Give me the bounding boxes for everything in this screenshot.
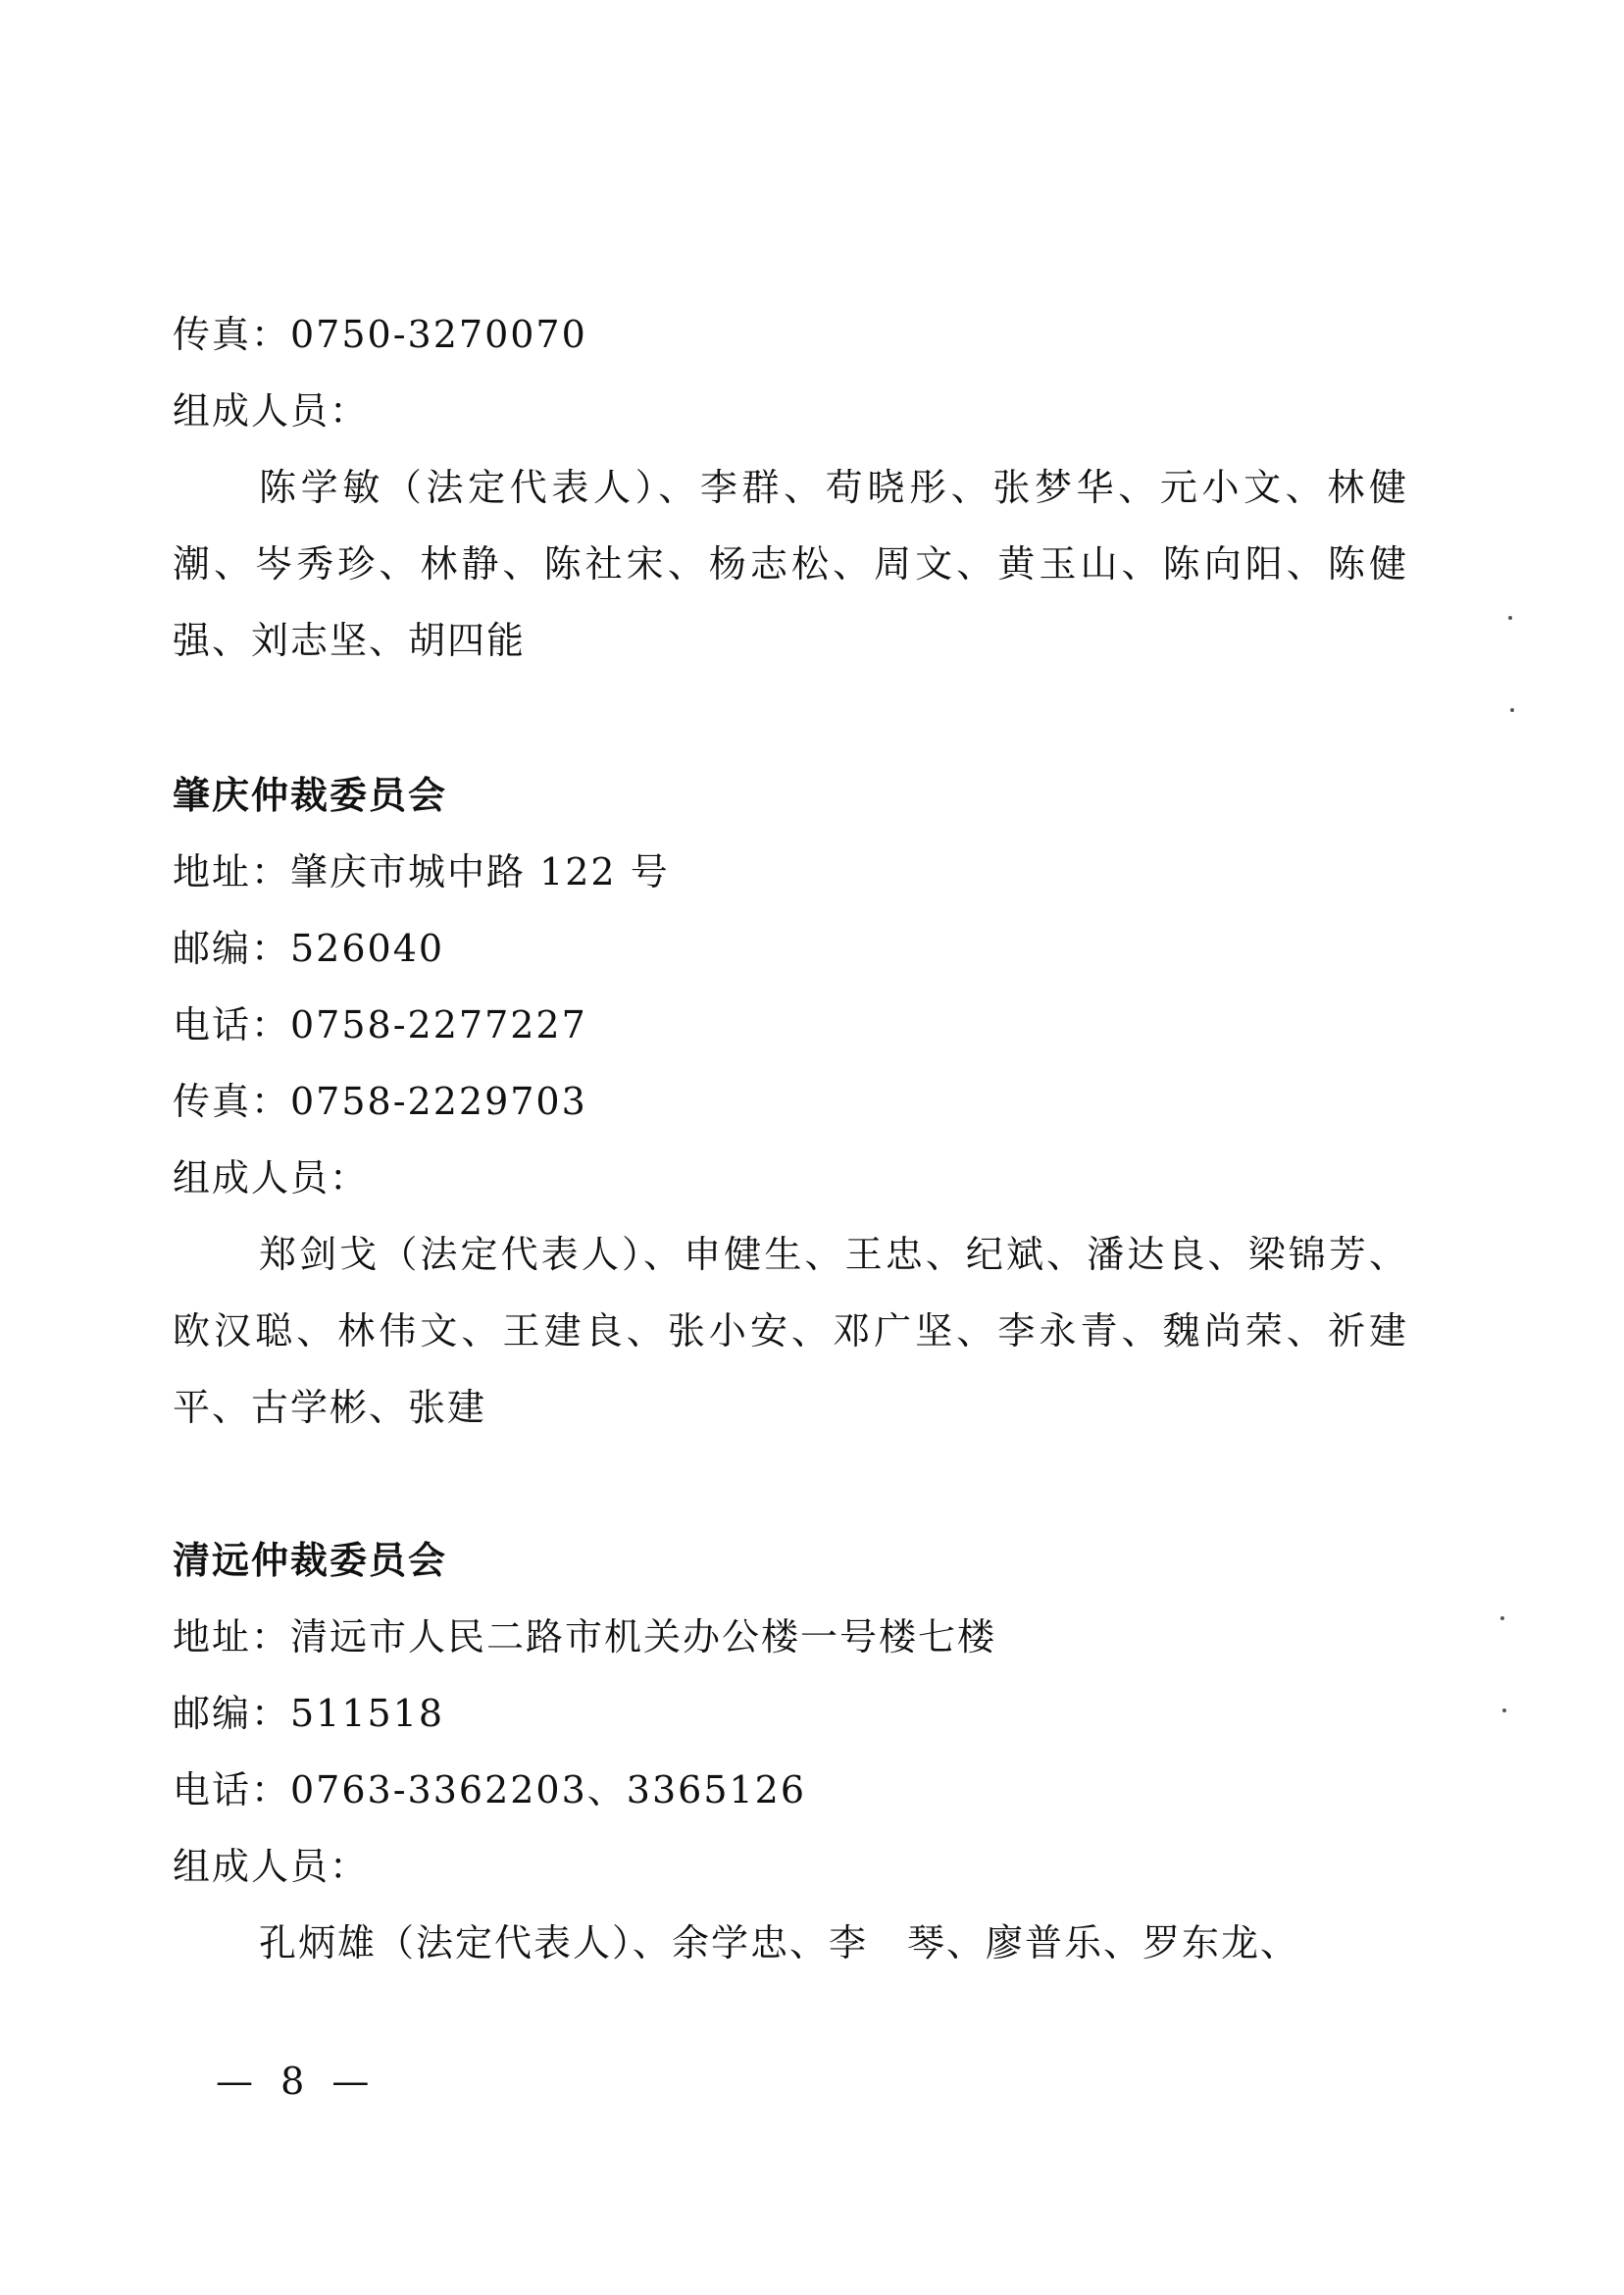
members-label: 组成人员： — [173, 388, 369, 433]
section-title: 清远仲裁委员会 — [173, 1538, 447, 1583]
postcode-line: 邮编：511518 — [173, 1691, 444, 1736]
page-number: — 8 — — [216, 2060, 377, 2103]
scan-speck — [1500, 1616, 1504, 1620]
scan-speck — [1510, 708, 1514, 712]
members-list: 孔炳雄（法定代表人）、余学忠、李 琴、廖普乐、罗东龙、 — [173, 1905, 1408, 1981]
address-line: 地址：肇庆市城中路 122 号 — [173, 849, 670, 894]
section-title: 肇庆仲裁委员会 — [173, 773, 447, 818]
members-label: 组成人员： — [173, 1155, 369, 1200]
address-line: 地址：清远市人民二路市机关办公楼一号楼七楼 — [173, 1614, 996, 1659]
members-list: 陈学敏（法定代表人）、李群、苟晓彤、张梦华、元小文、林健潮、岑秀珍、林静、陈社宋… — [173, 449, 1408, 679]
scan-speck — [1502, 1708, 1506, 1712]
fax-line: 传真：0750-3270070 — [173, 312, 587, 357]
fax-line: 传真：0758-2229703 — [173, 1079, 587, 1124]
phone-line: 电话：0763-3362203、3365126 — [173, 1767, 806, 1812]
phone-line: 电话：0758-2277227 — [173, 1002, 587, 1047]
members-list: 郑剑戈（法定代表人）、申健生、王忠、纪斌、潘达良、梁锦芳、欧汉聪、林伟文、王建良… — [173, 1216, 1408, 1446]
members-label: 组成人员： — [173, 1844, 369, 1889]
postcode-line: 邮编：526040 — [173, 926, 444, 971]
scan-speck — [1508, 616, 1512, 620]
